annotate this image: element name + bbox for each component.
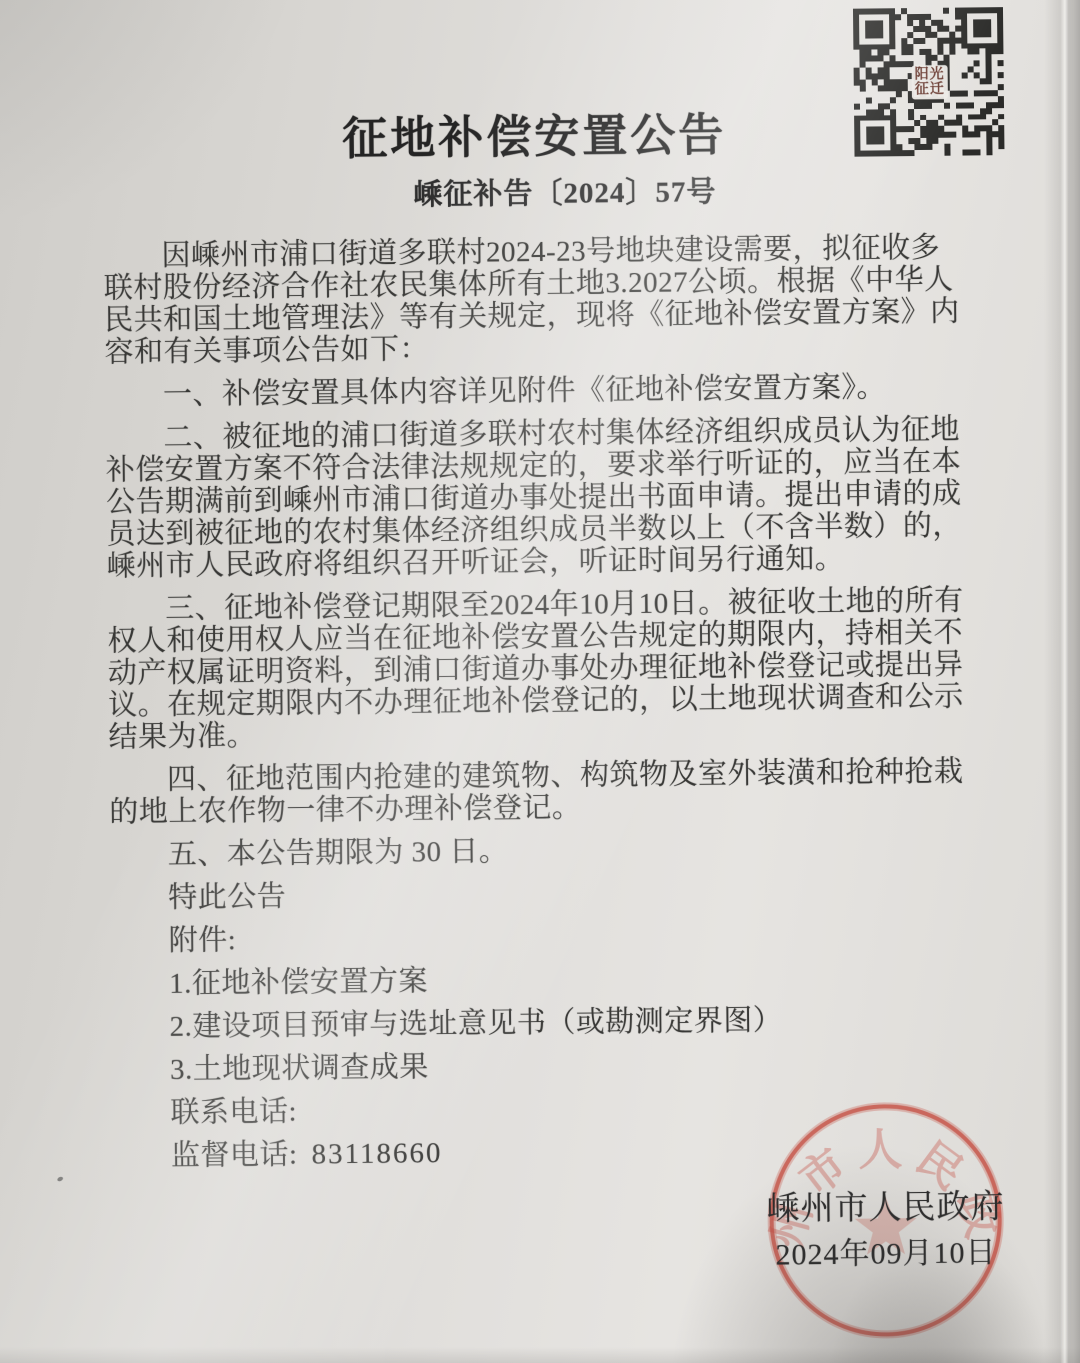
qr-label-line1: 阳光	[915, 67, 945, 82]
doc-number: 嵊征补告〔2024〕57号	[135, 166, 995, 216]
supervision-phone-label: 监督电话:	[171, 1139, 298, 1172]
closing-line: 特此公告	[110, 873, 972, 914]
item-2: 二、被征地的浦口街道多联村农村集体经济组织成员认为征地补偿安置方案不符合法律法规…	[105, 414, 969, 583]
paragraph-intro: 因嵊州市浦口街道多联村2024-23号地块建设需要，拟征收多联村股份经济合作社农…	[103, 232, 966, 369]
item-1: 一、补偿安置具体内容详见附件《征地补偿安置方案》。	[105, 371, 967, 412]
document-photo: 阳光 征迁 征地补偿安置公告 嵊征补告〔2024〕57号 因嵊州市浦口街道多联村…	[0, 0, 1080, 1363]
announcement-body: 因嵊州市浦口街道多联村2024-23号地块建设需要，拟征收多联村股份经济合作社农…	[103, 232, 975, 1173]
qr-center-label: 阳光 征迁	[912, 65, 948, 99]
item-3: 三、征地补偿登记期限至2024年10月10日。被征收土地的所有权人和使用权人应当…	[107, 585, 971, 754]
official-seal: 嵊州市人民政府 嵊州市人民政府 2024年09月10日	[764, 1099, 1007, 1342]
page-title: 征地补偿安置公告	[104, 96, 965, 170]
attachment-3: 3.土地现状调查成果	[112, 1045, 974, 1086]
signature-date: 2024年09月10日	[751, 1233, 1021, 1276]
paper-speck	[57, 1176, 64, 1182]
attachment-2: 2.建设项目预审与选址意见书（或勘测定界图）	[111, 1002, 973, 1043]
item-4: 四、征地范围内抢建的建筑物、构筑物及室外装潢和抢种抢栽的地上农作物一律不办理补偿…	[109, 755, 972, 828]
item-5: 五、本公告期限为 30 日。	[110, 830, 972, 871]
attachment-1: 1.征地补偿安置方案	[111, 959, 973, 1000]
supervision-phone-number: 83118660	[311, 1137, 442, 1170]
signature-block: 嵊州市人民政府 2024年09月10日	[750, 1187, 1021, 1276]
signature-authority: 嵊州市人民政府	[750, 1187, 1020, 1230]
attachments-label: 附件:	[111, 916, 973, 957]
paper-sheet: 阳光 征迁 征地补偿安置公告 嵊征补告〔2024〕57号 因嵊州市浦口街道多联村…	[0, 0, 1080, 1363]
